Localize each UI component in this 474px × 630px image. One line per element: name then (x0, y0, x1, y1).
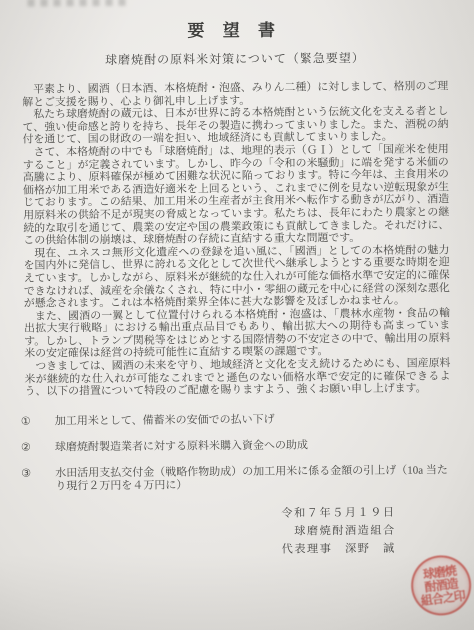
demand-text-2: 球磨焼酎製造業者に対する原料米購入資金への助成 (43, 439, 308, 455)
circled-number-1: ① (21, 415, 31, 429)
signer-name: 代表理事 深野 誠 (2, 540, 396, 561)
signature-block: 令和７年５月１９日 球磨焼酎酒造組合 代表理事 深野 誠 (2, 504, 396, 561)
document-body: 平素より、國酒（日本酒、本格焼酎・泡盛、みりん二種）に対しまして、格別のご理解と… (22, 80, 450, 398)
paragraph-export: また、國酒の一翼として位置付けられる本格焼酎・泡盛は、「農林水産物・食品の輸出拡… (24, 307, 450, 361)
circled-number-3: ③ (21, 467, 31, 481)
demand-list: ① 加工用米として、備蓄米の安価での払い下げ ② 球磨焼酎製造業者に対する原料米… (21, 412, 452, 494)
paragraph-greeting: 平素より、國酒（日本酒、本格焼酎・泡盛、みりん二種）に対しまして、格別のご理解と… (22, 80, 448, 109)
demand-item-3: ③ 水田活用支払交付金（戦略作物助成）の加工用米に係る金額の引上げ（10a 当た… (21, 464, 451, 494)
red-round-seal-stamp: 球磨焼 酎酒造 組合之印 (407, 552, 474, 619)
paragraph-background: 私たち球磨焼酎の蔵元は、日本が世界に誇る本格焼酎という伝統文化を支える者として、… (22, 106, 448, 147)
circled-number-2: ② (21, 441, 31, 455)
photographed-document: 要 望 書 球磨焼酎の原料米対策について（緊急要望） 平素より、國酒（日本酒、本… (0, 0, 474, 630)
demand-item-2: ② 球磨焼酎製造業者に対する原料米購入資金への助成 (21, 438, 451, 455)
paragraph-rice-crisis: さて、本格焼酎の中でも「球磨焼酎」は、地理的表示（ＧＩ）として「国産米を使用する… (23, 143, 450, 247)
demand-item-1: ① 加工用米として、備蓄米の安価での払い下げ (21, 412, 451, 429)
demand-text-1: 加工用米として、備蓄米の安価での払い下げ (43, 414, 275, 429)
document-page: 要 望 書 球磨焼酎の原料米対策について（緊急要望） 平素より、國酒（日本酒、本… (0, 0, 474, 630)
document-title: 要 望 書 (0, 14, 472, 43)
demand-text-3: 水田活用支払交付金（戦略作物助成）の加工用米に係る金額の引上げ（10a 当たり現… (43, 464, 451, 494)
paragraph-unesco: 現在、ユネスコ無形文化遺産への登録を追い風に、「國酒」としての本格焼酎の魅力を国… (23, 244, 449, 310)
document-subtitle: 球磨焼酎の原料米対策について（緊急要望） (0, 48, 472, 69)
paragraph-request: つきましては、國酒の未来を守り、地域経済と文化を支え続けるためにも、国産原料米が… (24, 357, 450, 398)
cutoff-text-smudge (28, 0, 132, 7)
